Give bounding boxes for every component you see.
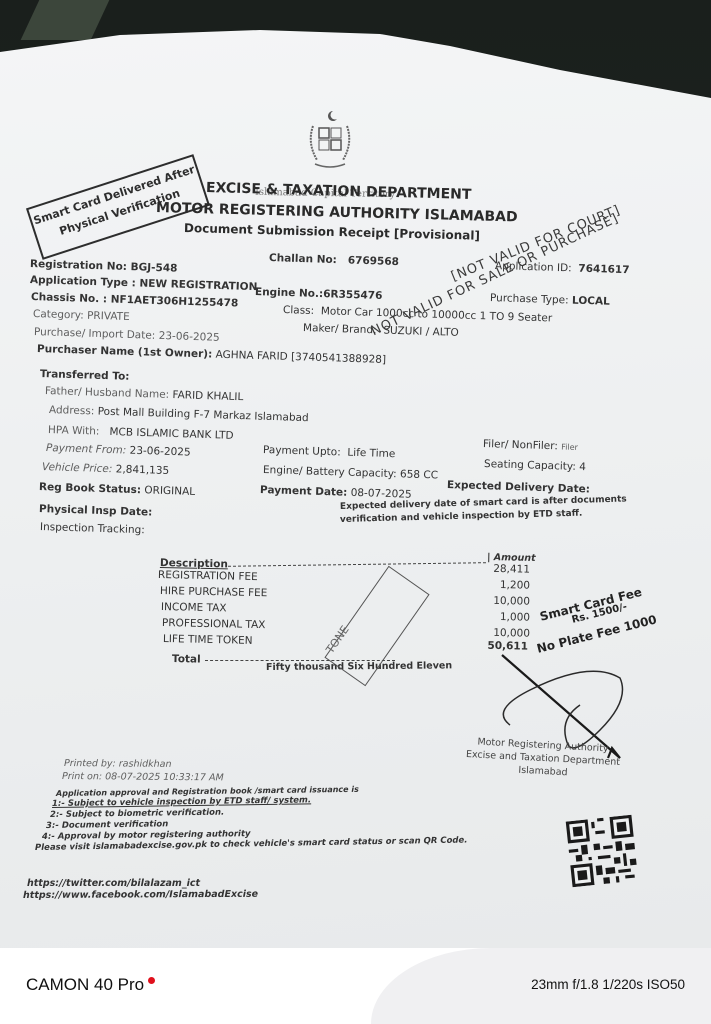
print-on: Print on: 08-07-2025 10:33:17 AM: [62, 771, 224, 783]
vehicle-price-field: Vehicle Price: 2,841,135: [42, 461, 170, 477]
camera-watermark-bar: CAMON 40 Pro 23mm f/1.8 1/220s ISO50: [0, 948, 711, 1024]
fee-row-amount: 1,000: [470, 610, 530, 623]
fee-row-amount: 1,200: [470, 578, 530, 591]
physical-insp-date-field: Physical Insp Date:: [39, 503, 153, 519]
inspection-tracking-field: Inspection Tracking:: [40, 521, 145, 536]
condition-item: 3:- Document verification: [46, 819, 168, 831]
twitter-link[interactable]: https://twitter.com/bilalazam_ict: [27, 878, 200, 889]
camera-specs: 23mm f/1.8 1/220s ISO50: [531, 977, 685, 992]
fee-row-amount: 10,000: [470, 594, 530, 607]
father-name-field: Father/ Husband Name: FARID KHALIL: [45, 385, 244, 403]
tone-stamp-text: TONE: [324, 623, 352, 655]
registration-no-field: Registration No: BGJ-548: [30, 258, 178, 275]
facebook-link[interactable]: https://www.facebook.com/IslamabadExcise: [23, 889, 258, 901]
payment-upto-field: Payment Upto: Life Time: [263, 444, 396, 460]
fee-row-amount: 28,411: [470, 562, 530, 575]
camera-model: CAMON 40 Pro: [26, 975, 155, 995]
brand-dot-icon: [148, 977, 155, 984]
filer-status-field: Filer/ NonFiler: Filer: [483, 438, 578, 453]
payment-from-field: Payment From: 23-06-2025: [46, 442, 191, 459]
fee-row-description: INCOME TAX: [161, 601, 227, 614]
maker-brand-field: Maker/ Brand: SUZUKI / ALTO: [303, 322, 459, 339]
receipt-title: Document Submission Receipt [Provisional…: [184, 221, 480, 243]
receipt-paper: Islamabad Capital Territory Smart Card D…: [0, 30, 711, 948]
department-title: EXCISE & TAXATION DEPARTMENT: [206, 180, 472, 203]
reg-book-status-field: Reg Book Status: ORIGINAL: [39, 481, 195, 498]
category-field: Category: PRIVATE: [33, 308, 130, 323]
transferred-to-label: Transferred To:: [40, 368, 130, 383]
application-type-field: Application Type : NEW REGISTRATION: [30, 274, 258, 293]
fee-row-description: PROFESSIONAL TAX: [162, 617, 266, 631]
hpa-with-field: HPA With: MCB ISLAMIC BANK LTD: [48, 424, 234, 442]
engine-no-field: Engine No.:6R355476: [255, 286, 383, 302]
fee-row-description: LIFE TIME TOKEN: [163, 633, 253, 647]
expected-delivery-field: Expected Delivery Date:: [447, 479, 590, 495]
purchase-date-field: Purchase/ Import Date: 23-06-2025: [34, 326, 220, 344]
condition-item: 2:- Subject to biometric verification.: [50, 808, 224, 820]
government-emblem-icon: [305, 108, 355, 178]
purchase-type-field: Purchase Type: LOCAL: [490, 292, 610, 308]
qr-code[interactable]: [564, 815, 641, 888]
address-field: Address: Post Mall Building F-7 Markaz I…: [49, 404, 309, 424]
fee-row-description: REGISTRATION FEE: [158, 569, 258, 583]
printed-by: Printed by: rashidkhan: [64, 758, 172, 770]
delivery-note-line-2: verification and vehicle inspection by E…: [340, 509, 583, 525]
payment-date-field: Payment Date: 08-07-2025: [260, 484, 412, 501]
chassis-no-field: Chassis No. : NF1AET306H1255478: [31, 291, 239, 310]
purchaser-name-field: Purchaser Name (1st Owner): AGHNA FARID …: [37, 343, 386, 366]
fee-row-description: HIRE PURCHASE FEE: [160, 585, 268, 599]
seating-capacity-field: Seating Capacity: 4: [484, 458, 586, 473]
engine-capacity-field: Engine/ Battery Capacity: 658 CC: [263, 464, 438, 481]
challan-no-field: Challan No: 6769568: [269, 252, 399, 268]
fee-header-divider: [228, 562, 486, 567]
fee-row-amount: 10,000: [470, 626, 530, 639]
fee-total-label: Total: [172, 653, 201, 666]
